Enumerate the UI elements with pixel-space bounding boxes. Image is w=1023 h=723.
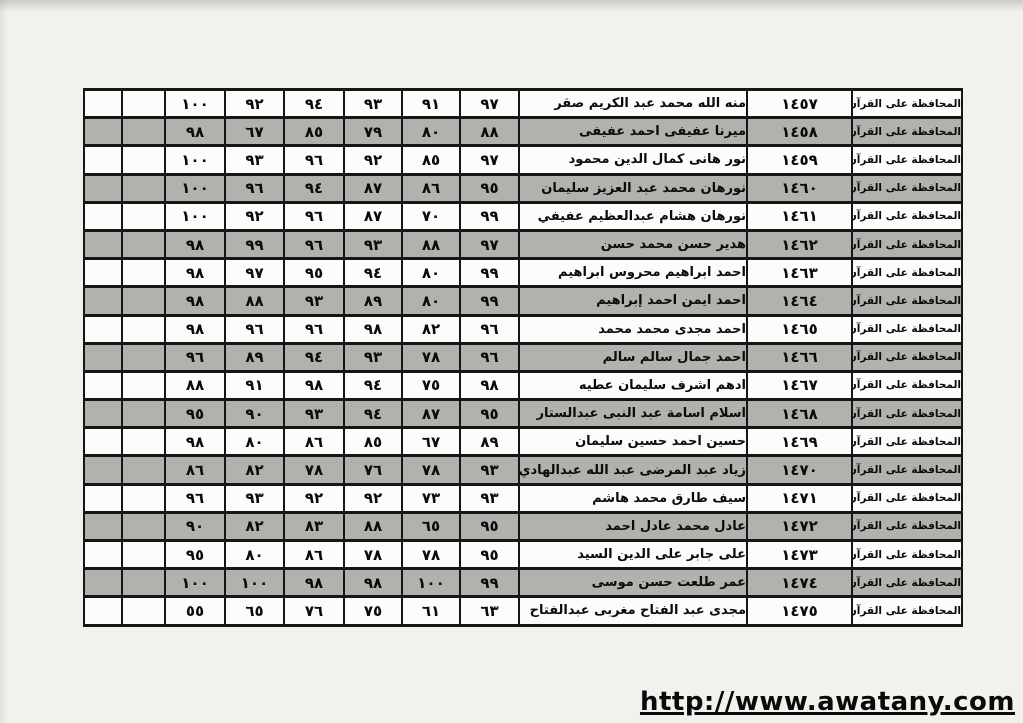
school-name-cell: المحافظة على القرآن bbox=[852, 428, 962, 456]
school-name-cell: المحافظة على القرآن bbox=[852, 400, 962, 428]
score-cell: ٩٦ bbox=[284, 230, 344, 258]
seat-number-cell: ١٤٧١ bbox=[747, 484, 852, 512]
score-cell: ٨٦ bbox=[165, 456, 225, 484]
seat-number-cell: ١٤٥٨ bbox=[747, 118, 852, 146]
score-cell: ٨٢ bbox=[225, 512, 284, 540]
score-cell: ٦٣ bbox=[460, 597, 519, 625]
score-cell: ٨٢ bbox=[225, 456, 284, 484]
score-cell: ٨٨ bbox=[402, 230, 460, 258]
score-cell: ٩٧ bbox=[225, 259, 284, 287]
score-cell: ٩٤ bbox=[284, 174, 344, 202]
score-cell: ٨٨ bbox=[165, 371, 225, 399]
score-cell: ٩٣ bbox=[460, 456, 519, 484]
seat-number-cell: ١٤٥٩ bbox=[747, 146, 852, 174]
score-cell: ٩٢ bbox=[225, 90, 284, 118]
table-row: ٩٦٨٩٩٤٩٣٧٨٩٦احمد جمال سالم سالم١٤٦٦المحا… bbox=[84, 343, 962, 371]
table-row: ٩٨٩٦٩٦٩٨٨٢٩٦احمد مجدى محمد محمد١٤٦٥المحا… bbox=[84, 315, 962, 343]
empty-cell bbox=[84, 541, 122, 569]
empty-cell bbox=[84, 343, 122, 371]
table-row: ٩٥٨٠٨٦٧٨٧٨٩٥على جابر على الدين السيد١٤٧٣… bbox=[84, 541, 962, 569]
score-cell: ٩٣ bbox=[344, 230, 402, 258]
school-name-cell: المحافظة على القرآن bbox=[852, 569, 962, 597]
score-cell: ٧٨ bbox=[284, 456, 344, 484]
scanned-results-page: ١٠٠٩٢٩٤٩٣٩١٩٧منه الله محمد عبد الكريم صق… bbox=[0, 0, 1023, 723]
table-row: ٩٨٨٠٨٦٨٥٦٧٨٩حسين احمد حسين سليمان١٤٦٩الم… bbox=[84, 428, 962, 456]
score-cell: ١٠٠ bbox=[165, 202, 225, 230]
empty-cell bbox=[122, 118, 165, 146]
score-cell: ٩٩ bbox=[225, 230, 284, 258]
score-cell: ٦٥ bbox=[402, 512, 460, 540]
score-cell: ٨٨ bbox=[225, 287, 284, 315]
table-row: ٨٨٩١٩٨٩٤٧٥٩٨ادهم اشرف سليمان عطيه١٤٦٧الم… bbox=[84, 371, 962, 399]
score-cell: ٩٦ bbox=[225, 315, 284, 343]
student-name-cell: ميرنا عفيفى احمد عفيفى bbox=[519, 118, 747, 146]
table-row: ١٠٠١٠٠٩٨٩٨١٠٠٩٩عمر طلعت حسن موسى١٤٧٤المح… bbox=[84, 569, 962, 597]
score-cell: ٨٣ bbox=[284, 512, 344, 540]
score-cell: ١٠٠ bbox=[225, 569, 284, 597]
table-row: ١٠٠٩٦٩٤٨٧٨٦٩٥نورهان محمد عبد العزيز سليم… bbox=[84, 174, 962, 202]
score-cell: ٩٩ bbox=[460, 569, 519, 597]
score-cell: ٩٣ bbox=[225, 484, 284, 512]
score-cell: ٩٦ bbox=[460, 315, 519, 343]
score-cell: ٩٨ bbox=[344, 569, 402, 597]
seat-number-cell: ١٤٥٧ bbox=[747, 90, 852, 118]
score-cell: ٨٨ bbox=[344, 512, 402, 540]
score-cell: ٩٧ bbox=[460, 230, 519, 258]
score-cell: ٧٥ bbox=[344, 597, 402, 625]
score-cell: ٩٨ bbox=[284, 371, 344, 399]
score-cell: ٩٩ bbox=[460, 202, 519, 230]
results-table-body: ١٠٠٩٢٩٤٩٣٩١٩٧منه الله محمد عبد الكريم صق… bbox=[84, 90, 962, 626]
empty-cell bbox=[84, 428, 122, 456]
score-cell: ٩٠ bbox=[225, 400, 284, 428]
score-cell: ٩٤ bbox=[344, 400, 402, 428]
empty-cell bbox=[122, 343, 165, 371]
score-cell: ٩٦ bbox=[460, 343, 519, 371]
empty-cell bbox=[84, 315, 122, 343]
score-cell: ٦٧ bbox=[402, 428, 460, 456]
school-name-cell: المحافظة على القرآن bbox=[852, 90, 962, 118]
score-cell: ٧٩ bbox=[344, 118, 402, 146]
seat-number-cell: ١٤٦٨ bbox=[747, 400, 852, 428]
score-cell: ٧٨ bbox=[344, 541, 402, 569]
score-cell: ٧٠ bbox=[402, 202, 460, 230]
score-cell: ٩٥ bbox=[460, 400, 519, 428]
seat-number-cell: ١٤٦٢ bbox=[747, 230, 852, 258]
score-cell: ٩٨ bbox=[165, 118, 225, 146]
seat-number-cell: ١٤٦١ bbox=[747, 202, 852, 230]
table-row: ٩٥٩٠٩٣٩٤٨٧٩٥اسلام اسامة عبد النبى عبدالس… bbox=[84, 400, 962, 428]
seat-number-cell: ١٤٧٢ bbox=[747, 512, 852, 540]
seat-number-cell: ١٤٧٠ bbox=[747, 456, 852, 484]
score-cell: ٩٨ bbox=[165, 287, 225, 315]
score-cell: ٨٧ bbox=[344, 202, 402, 230]
score-cell: ٩٣ bbox=[284, 287, 344, 315]
score-cell: ٩٤ bbox=[284, 343, 344, 371]
score-cell: ٨٢ bbox=[402, 315, 460, 343]
score-cell: ٩٨ bbox=[165, 428, 225, 456]
score-cell: ١٠٠ bbox=[165, 146, 225, 174]
school-name-cell: المحافظة على القرآن bbox=[852, 343, 962, 371]
score-cell: ٧٥ bbox=[402, 371, 460, 399]
results-table: ١٠٠٩٢٩٤٩٣٩١٩٧منه الله محمد عبد الكريم صق… bbox=[83, 88, 963, 627]
empty-cell bbox=[122, 230, 165, 258]
seat-number-cell: ١٤٦٩ bbox=[747, 428, 852, 456]
score-cell: ٩٩ bbox=[460, 287, 519, 315]
score-cell: ٨٥ bbox=[284, 118, 344, 146]
score-cell: ٧٨ bbox=[402, 343, 460, 371]
table-row: ٩٨٨٨٩٣٨٩٨٠٩٩احمد ايمن احمد إبراهيم١٤٦٤ال… bbox=[84, 287, 962, 315]
score-cell: ٩٩ bbox=[460, 259, 519, 287]
student-name-cell: احمد مجدى محمد محمد bbox=[519, 315, 747, 343]
empty-cell bbox=[122, 202, 165, 230]
student-name-cell: نور هانى كمال الدين محمود bbox=[519, 146, 747, 174]
score-cell: ٨٨ bbox=[460, 118, 519, 146]
school-name-cell: المحافظة على القرآن bbox=[852, 174, 962, 202]
empty-cell bbox=[122, 287, 165, 315]
score-cell: ٧٨ bbox=[402, 456, 460, 484]
table-row: ٩٨٩٧٩٥٩٤٨٠٩٩احمد ابراهيم محروس ابراهيم١٤… bbox=[84, 259, 962, 287]
score-cell: ٦٥ bbox=[225, 597, 284, 625]
student-name-cell: احمد جمال سالم سالم bbox=[519, 343, 747, 371]
student-name-cell: نورهان محمد عبد العزيز سليمان bbox=[519, 174, 747, 202]
student-name-cell: حسين احمد حسين سليمان bbox=[519, 428, 747, 456]
score-cell: ٦١ bbox=[402, 597, 460, 625]
student-name-cell: عادل محمد عادل احمد bbox=[519, 512, 747, 540]
empty-cell bbox=[84, 456, 122, 484]
student-name-cell: ادهم اشرف سليمان عطيه bbox=[519, 371, 747, 399]
student-name-cell: احمد ايمن احمد إبراهيم bbox=[519, 287, 747, 315]
student-name-cell: سيف طارق محمد هاشم bbox=[519, 484, 747, 512]
seat-number-cell: ١٤٦٥ bbox=[747, 315, 852, 343]
empty-cell bbox=[84, 512, 122, 540]
seat-number-cell: ١٤٦٠ bbox=[747, 174, 852, 202]
score-cell: ٨٠ bbox=[402, 287, 460, 315]
empty-cell bbox=[122, 146, 165, 174]
empty-cell bbox=[84, 371, 122, 399]
score-cell: ٩٠ bbox=[165, 512, 225, 540]
school-name-cell: المحافظة على القرآن bbox=[852, 315, 962, 343]
score-cell: ٨٦ bbox=[284, 541, 344, 569]
empty-cell bbox=[122, 428, 165, 456]
seat-number-cell: ١٤٦٣ bbox=[747, 259, 852, 287]
score-cell: ٨٠ bbox=[225, 541, 284, 569]
empty-cell bbox=[84, 174, 122, 202]
school-name-cell: المحافظة على القرآن bbox=[852, 259, 962, 287]
empty-cell bbox=[84, 597, 122, 625]
empty-cell bbox=[122, 371, 165, 399]
student-name-cell: مجدى عبد الفتاح مغربى عبدالفتاح bbox=[519, 597, 747, 625]
empty-cell bbox=[84, 569, 122, 597]
empty-cell bbox=[84, 287, 122, 315]
student-name-cell: نورهان هشام عبدالعظيم عفيفي bbox=[519, 202, 747, 230]
table-row: ٩٦٩٣٩٢٩٢٧٣٩٣سيف طارق محمد هاشم١٤٧١المحاف… bbox=[84, 484, 962, 512]
empty-cell bbox=[84, 484, 122, 512]
school-name-cell: المحافظة على القرآن bbox=[852, 512, 962, 540]
seat-number-cell: ١٤٧٤ bbox=[747, 569, 852, 597]
score-cell: ٧٦ bbox=[284, 597, 344, 625]
score-cell: ٩١ bbox=[402, 90, 460, 118]
score-cell: ٩٦ bbox=[284, 146, 344, 174]
score-cell: ٧٦ bbox=[344, 456, 402, 484]
score-cell: ٩٨ bbox=[284, 569, 344, 597]
student-name-cell: زياد عبد المرضى عبد الله عبدالهادي bbox=[519, 456, 747, 484]
empty-cell bbox=[122, 456, 165, 484]
empty-cell bbox=[122, 512, 165, 540]
seat-number-cell: ١٤٧٣ bbox=[747, 541, 852, 569]
score-cell: ٩٦ bbox=[225, 174, 284, 202]
empty-cell bbox=[122, 259, 165, 287]
score-cell: ٩٧ bbox=[460, 90, 519, 118]
score-cell: ١٠٠ bbox=[165, 569, 225, 597]
student-name-cell: اسلام اسامة عبد النبى عبدالستار bbox=[519, 400, 747, 428]
school-name-cell: المحافظة على القرآن bbox=[852, 597, 962, 625]
empty-cell bbox=[84, 202, 122, 230]
score-cell: ٩٤ bbox=[284, 90, 344, 118]
score-cell: ٨٦ bbox=[402, 174, 460, 202]
score-cell: ٩٢ bbox=[225, 202, 284, 230]
student-name-cell: منه الله محمد عبد الكريم صقر bbox=[519, 90, 747, 118]
empty-cell bbox=[84, 259, 122, 287]
score-cell: ٨٧ bbox=[402, 400, 460, 428]
empty-cell bbox=[84, 400, 122, 428]
score-cell: ٧٨ bbox=[402, 541, 460, 569]
score-cell: ٩٣ bbox=[344, 90, 402, 118]
table-row: ١٠٠٩٢٩٤٩٣٩١٩٧منه الله محمد عبد الكريم صق… bbox=[84, 90, 962, 118]
table-row: ٩٨٦٧٨٥٧٩٨٠٨٨ميرنا عفيفى احمد عفيفى١٤٥٨ال… bbox=[84, 118, 962, 146]
score-cell: ٩٢ bbox=[344, 146, 402, 174]
table-row: ١٠٠٩٣٩٦٩٢٨٥٩٧نور هانى كمال الدين محمود١٤… bbox=[84, 146, 962, 174]
score-cell: ٨٩ bbox=[225, 343, 284, 371]
score-cell: ٨٠ bbox=[402, 259, 460, 287]
seat-number-cell: ١٤٦٤ bbox=[747, 287, 852, 315]
empty-cell bbox=[84, 90, 122, 118]
score-cell: ٩٦ bbox=[165, 343, 225, 371]
score-cell: ٩٨ bbox=[460, 371, 519, 399]
table-row: ١٠٠٩٢٩٦٨٧٧٠٩٩نورهان هشام عبدالعظيم عفيفي… bbox=[84, 202, 962, 230]
score-cell: ٨٠ bbox=[402, 118, 460, 146]
score-cell: ٩٦ bbox=[284, 315, 344, 343]
school-name-cell: المحافظة على القرآن bbox=[852, 146, 962, 174]
score-cell: ٨٥ bbox=[344, 428, 402, 456]
school-name-cell: المحافظة على القرآن bbox=[852, 230, 962, 258]
score-cell: ٨٩ bbox=[344, 287, 402, 315]
score-cell: ٩٥ bbox=[284, 259, 344, 287]
score-cell: ٩٦ bbox=[284, 202, 344, 230]
seat-number-cell: ١٤٧٥ bbox=[747, 597, 852, 625]
student-name-cell: عمر طلعت حسن موسى bbox=[519, 569, 747, 597]
score-cell: ٩٧ bbox=[460, 146, 519, 174]
empty-cell bbox=[122, 569, 165, 597]
table-row: ٩٠٨٢٨٣٨٨٦٥٩٥عادل محمد عادل احمد١٤٧٢المحا… bbox=[84, 512, 962, 540]
score-cell: ٨٦ bbox=[284, 428, 344, 456]
score-cell: ١٠٠ bbox=[165, 90, 225, 118]
score-cell: ٩٢ bbox=[344, 484, 402, 512]
empty-cell bbox=[122, 90, 165, 118]
school-name-cell: المحافظة على القرآن bbox=[852, 287, 962, 315]
score-cell: ٩٥ bbox=[460, 541, 519, 569]
empty-cell bbox=[122, 174, 165, 202]
empty-cell bbox=[122, 597, 165, 625]
score-cell: ٩٣ bbox=[225, 146, 284, 174]
school-name-cell: المحافظة على القرآن bbox=[852, 118, 962, 146]
school-name-cell: المحافظة على القرآن bbox=[852, 456, 962, 484]
score-cell: ٩٨ bbox=[165, 315, 225, 343]
score-cell: ٩٤ bbox=[344, 259, 402, 287]
score-cell: ٩١ bbox=[225, 371, 284, 399]
score-cell: ٦٧ bbox=[225, 118, 284, 146]
empty-cell bbox=[84, 146, 122, 174]
table-row: ٩٨٩٩٩٦٩٣٨٨٩٧هدير حسن محمد حسن١٤٦٢المحافظ… bbox=[84, 230, 962, 258]
student-name-cell: على جابر على الدين السيد bbox=[519, 541, 747, 569]
score-cell: ٧٣ bbox=[402, 484, 460, 512]
score-cell: ٥٥ bbox=[165, 597, 225, 625]
empty-cell bbox=[122, 315, 165, 343]
score-cell: ٩٣ bbox=[284, 400, 344, 428]
table-row: ٥٥٦٥٧٦٧٥٦١٦٣مجدى عبد الفتاح مغربى عبدالف… bbox=[84, 597, 962, 625]
empty-cell bbox=[122, 484, 165, 512]
table-row: ٨٦٨٢٧٨٧٦٧٨٩٣زياد عبد المرضى عبد الله عبد… bbox=[84, 456, 962, 484]
score-cell: ٩٥ bbox=[165, 400, 225, 428]
score-cell: ٩٢ bbox=[284, 484, 344, 512]
score-cell: ٩٨ bbox=[165, 259, 225, 287]
score-cell: ٨٩ bbox=[460, 428, 519, 456]
empty-cell bbox=[122, 400, 165, 428]
score-cell: ٨٥ bbox=[402, 146, 460, 174]
score-cell: ٩٣ bbox=[344, 343, 402, 371]
school-name-cell: المحافظة على القرآن bbox=[852, 484, 962, 512]
empty-cell bbox=[122, 541, 165, 569]
seat-number-cell: ١٤٦٧ bbox=[747, 371, 852, 399]
school-name-cell: المحافظة على القرآن bbox=[852, 371, 962, 399]
score-cell: ٩٣ bbox=[460, 484, 519, 512]
score-cell: ٩٤ bbox=[344, 371, 402, 399]
score-cell: ١٠٠ bbox=[165, 174, 225, 202]
student-name-cell: هدير حسن محمد حسن bbox=[519, 230, 747, 258]
score-cell: ٩٦ bbox=[165, 484, 225, 512]
score-cell: ٩٥ bbox=[460, 174, 519, 202]
empty-cell bbox=[84, 230, 122, 258]
score-cell: ١٠٠ bbox=[402, 569, 460, 597]
student-name-cell: احمد ابراهيم محروس ابراهيم bbox=[519, 259, 747, 287]
score-cell: ٩٨ bbox=[344, 315, 402, 343]
score-cell: ٩٥ bbox=[460, 512, 519, 540]
watermark-url: http://www.awatany.com bbox=[640, 687, 1015, 717]
score-cell: ٩٥ bbox=[165, 541, 225, 569]
empty-cell bbox=[84, 118, 122, 146]
score-cell: ٨٠ bbox=[225, 428, 284, 456]
score-cell: ٩٨ bbox=[165, 230, 225, 258]
seat-number-cell: ١٤٦٦ bbox=[747, 343, 852, 371]
school-name-cell: المحافظة على القرآن bbox=[852, 202, 962, 230]
score-cell: ٨٧ bbox=[344, 174, 402, 202]
school-name-cell: المحافظة على القرآن bbox=[852, 541, 962, 569]
